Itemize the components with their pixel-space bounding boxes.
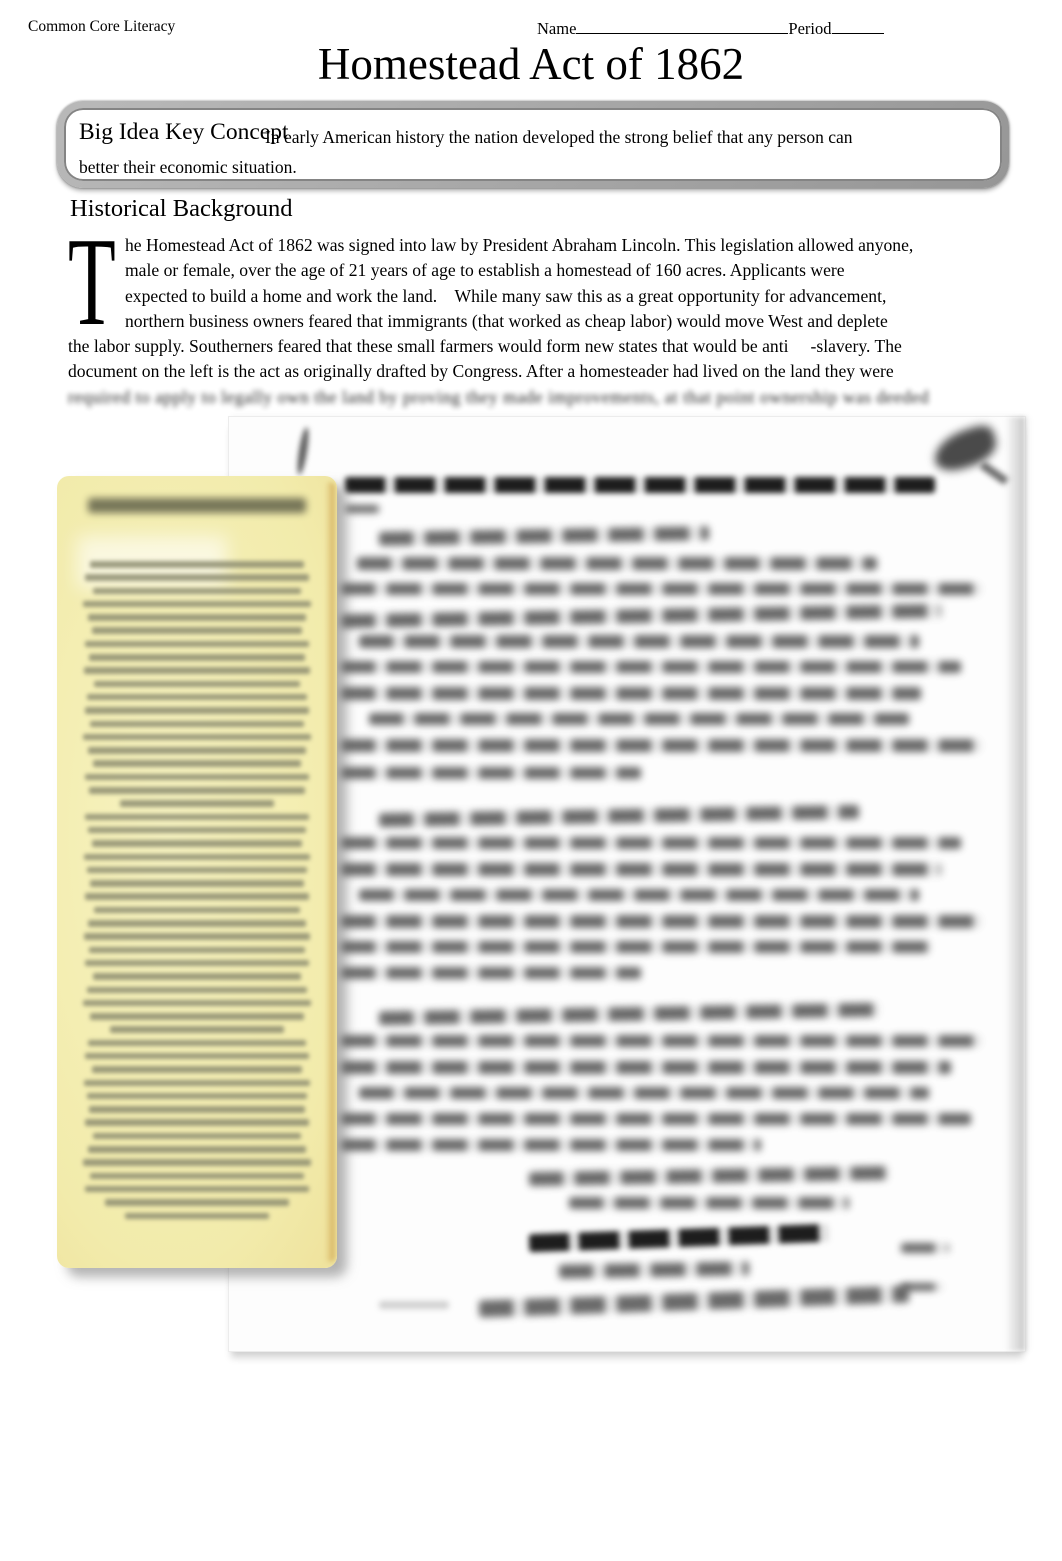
blurred-handwriting-line [341, 1061, 951, 1074]
blurred-text-line [89, 1106, 305, 1113]
blurred-text-line [105, 1199, 289, 1206]
historical-background-paragraph: T he Homestead Act of 1862 was signed in… [68, 233, 1028, 410]
blurred-text-line [94, 907, 300, 914]
blurred-handwriting-line [357, 557, 877, 570]
blurred-text-line [85, 1053, 308, 1060]
blurred-text-line [92, 627, 303, 634]
blurred-text-line [88, 920, 306, 927]
blurred-handwriting-line [479, 1286, 909, 1318]
homestead-certificate-scan-image [228, 416, 1026, 1352]
blurred-text-line [84, 854, 310, 861]
blurred-text-line [94, 681, 300, 688]
blurred-text-line [87, 987, 308, 994]
page-edge-shading [1005, 417, 1025, 1351]
big-idea-box-inner: In early American history the nation dev… [64, 108, 1002, 181]
parchment-text-area [73, 496, 321, 1226]
blurred-text-line [85, 641, 308, 648]
blurred-text-line [89, 947, 305, 954]
blurred-handwriting-line [359, 1087, 929, 1099]
name-label: Name [537, 19, 576, 38]
blurred-text-line [92, 1066, 303, 1073]
blurred-text-line [90, 561, 303, 568]
blurred-handwriting-line [529, 1166, 889, 1186]
paragraph-line: he Homestead Act of 1862 was signed into… [68, 233, 1028, 258]
blurred-handwriting-line [901, 1283, 943, 1291]
blurred-handwriting-line [559, 1261, 749, 1278]
name-blank-line [576, 18, 788, 34]
blurred-text-line [85, 574, 308, 581]
worksheet-page: Common Core Literacy NamePeriod Homestea… [0, 0, 1062, 1561]
blurred-handwriting-line [341, 837, 961, 849]
blurred-text-line [85, 774, 308, 781]
blurred-text-line [89, 654, 305, 661]
parchment-title-band [88, 498, 306, 513]
blurred-text-line [93, 760, 301, 767]
blurred-text-line [90, 1173, 303, 1180]
blurred-text-line [92, 840, 303, 847]
blurred-handwriting-line [341, 687, 921, 700]
blurred-handwriting-line [369, 713, 909, 725]
homestead-act-parchment-image [57, 476, 337, 1268]
blurred-parchment-text-block [73, 561, 321, 1219]
name-period-row: NamePeriod [537, 18, 884, 39]
blurred-handwriting-line [341, 941, 931, 953]
blurred-text-line [85, 1119, 308, 1126]
blurred-text-line [84, 933, 310, 940]
big-idea-text-line: better their economic situation. [79, 153, 989, 183]
blurred-text-line [83, 601, 311, 608]
blurred-handwriting-line [341, 1035, 981, 1047]
blurred-text-line [85, 707, 308, 714]
blurred-handwriting-line [379, 1003, 879, 1026]
blurred-handwriting-line [341, 1139, 761, 1151]
blurred-handwriting-line [345, 505, 379, 513]
blurred-text-line [88, 1146, 306, 1153]
blurred-handwriting-line [341, 767, 641, 779]
blurred-handwriting-line [901, 1243, 949, 1253]
blurred-handwriting-line [341, 967, 641, 979]
blurred-text-line [90, 721, 303, 728]
blurred-text-line [88, 827, 306, 834]
blurred-handwriting-line [529, 1224, 829, 1252]
paragraph-line: northern business owners feared that imm… [68, 309, 1028, 334]
blurred-text-line [93, 588, 301, 595]
blurred-text-line [93, 973, 301, 980]
blurred-handwriting-line [341, 739, 981, 752]
blurred-text-line [120, 800, 274, 807]
ink-squiggle-mark [295, 427, 310, 476]
blurred-handwriting-line [379, 526, 709, 546]
blurred-text-line [89, 787, 305, 794]
blurred-text-line [87, 694, 308, 701]
blurred-handwriting-line [341, 604, 941, 628]
blurred-handwriting-line [359, 635, 919, 648]
blurred-text-line [93, 1133, 301, 1140]
blurred-text-line [83, 1159, 311, 1166]
blurred-text-line [125, 1213, 269, 1220]
blurred-text-line [110, 1026, 284, 1033]
blurred-handwriting-line [341, 915, 981, 928]
period-blank-line [832, 18, 884, 34]
period-label: Period [788, 19, 831, 38]
blurred-handwriting-line [345, 477, 935, 493]
blurred-text-line [83, 1000, 311, 1007]
page-title: Homestead Act of 1862 [0, 38, 1062, 90]
course-label: Common Core Literacy [28, 18, 175, 36]
blurred-handwriting-line [341, 661, 961, 673]
blurred-handwriting-line [341, 583, 981, 595]
blurred-text-line [88, 747, 306, 754]
parchment-edge-shading [325, 482, 335, 1262]
blurred-text-line [87, 1093, 308, 1100]
blurred-text-line [83, 734, 311, 741]
blurred-text-line [85, 893, 308, 900]
blurred-handwriting-line [341, 1113, 971, 1125]
big-idea-heading: Big Idea Key Concept [79, 119, 288, 146]
blurred-text-line [90, 880, 303, 887]
blurred-text-line [88, 614, 306, 621]
blurred-handwriting-line [379, 1301, 449, 1309]
blurred-text-line [84, 1080, 310, 1087]
blurred-text-line [84, 667, 310, 674]
blurred-handwriting-line [359, 889, 919, 901]
big-idea-box: In early American history the nation dev… [57, 101, 1009, 188]
blurred-text-line [85, 960, 308, 967]
blurred-handwriting-line [379, 805, 859, 827]
paragraph-line: the labor supply. Southerners feared tha… [68, 334, 1028, 359]
paragraph-line: expected to build a home and work the la… [68, 284, 1028, 309]
blurred-text-line [87, 867, 308, 874]
dropcap-letter: T [68, 236, 99, 332]
paragraph-line-blurred: required to apply to legally own the lan… [68, 385, 1028, 410]
blurred-text-line [88, 1040, 306, 1047]
paragraph-line: document on the left is the act as origi… [68, 359, 1028, 384]
blurred-text-line [90, 1013, 303, 1020]
blurred-text-line [85, 814, 308, 821]
blurred-handwriting-line [569, 1197, 849, 1209]
blurred-handwriting-line [341, 863, 941, 876]
blurred-text-line [85, 1186, 308, 1193]
paragraph-line: male or female, over the age of 21 years… [68, 258, 1028, 283]
